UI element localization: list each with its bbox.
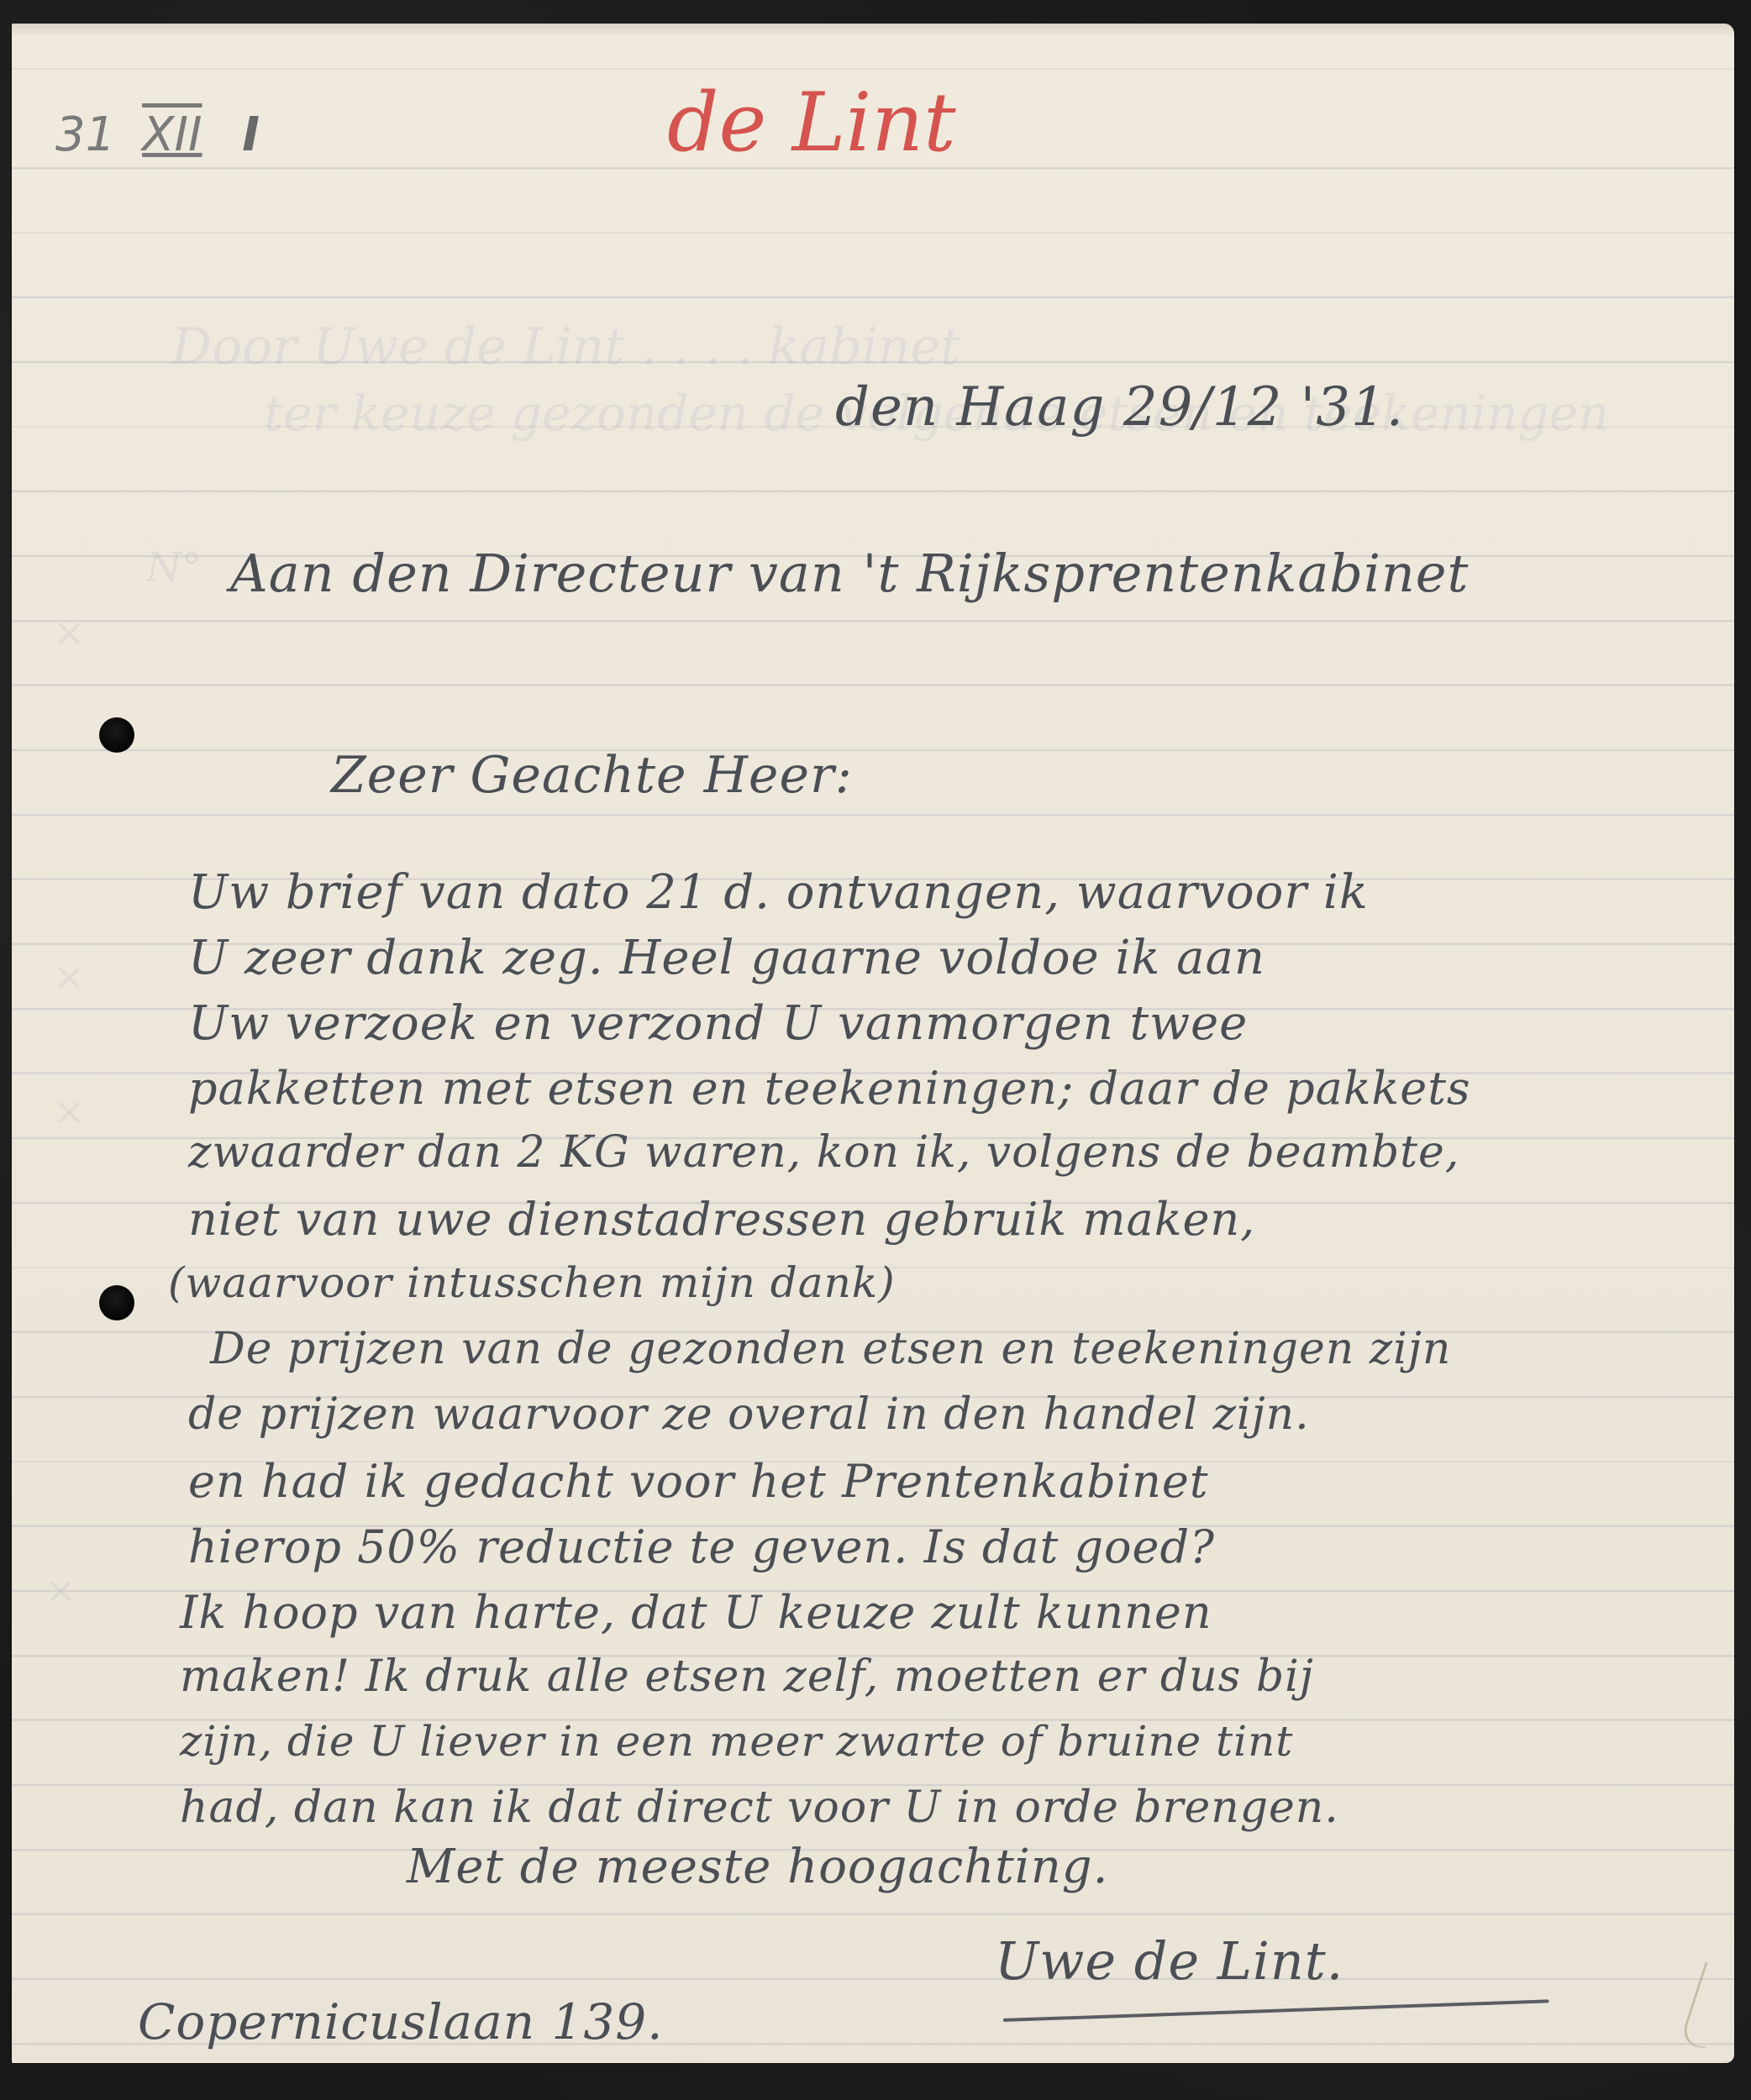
body-line: (waarvoor intusschen mijn dank) <box>168 1258 896 1307</box>
archive-day: 31 <box>55 108 115 162</box>
punch-hole <box>99 717 134 753</box>
body-line: Ik hoop van harte, dat U keuze zult kunn… <box>180 1586 1212 1639</box>
body-line: pakketten met etsen en teekeningen; daar… <box>188 1062 1471 1115</box>
body-line: niet van uwe dienstadressen gebruik make… <box>188 1193 1255 1246</box>
body-line: had, dan kan ik dat direct voor U in ord… <box>180 1782 1339 1833</box>
paper-top-edge <box>12 24 1734 35</box>
salutation: Zeer Geachte Heer: <box>331 746 853 805</box>
body-line: U zeer dank zeg. Heel gaarne voldoe ik a… <box>188 931 1265 985</box>
body-line: Uw verzoek en verzond U vanmorgen twee <box>188 996 1248 1051</box>
signature: Uwe de Lint. <box>995 1930 1343 1992</box>
archive-index: I <box>242 108 260 162</box>
bleed-through-text: × <box>54 956 85 999</box>
sender-address: Copernicuslaan 139. <box>138 1993 664 2050</box>
letter-page: Door Uwe de Lint . . . . kabinet ter keu… <box>12 24 1734 2063</box>
closing: Met de meeste hoogachting. <box>407 1840 1108 1894</box>
body-line: en had ik gedacht voor het Prentenkabine… <box>188 1455 1209 1508</box>
bleed-through-text: × <box>45 1569 76 1612</box>
body-line: zwaarder dan 2 KG waren, kon ik, volgens… <box>188 1127 1459 1178</box>
signature-underline <box>1003 1999 1549 2022</box>
body-line: Uw brief van dato 21 d. ontvangen, waarv… <box>188 865 1369 920</box>
bleed-through-text: Door Uwe de Lint . . . . kabinet <box>171 318 960 376</box>
archive-number: 31 XII I <box>55 108 260 162</box>
body-line: De prijzen van de gezonden etsen en teek… <box>210 1324 1451 1374</box>
body-line: de prijzen waarvoor ze overal in den han… <box>188 1389 1310 1440</box>
paper-corner-curl <box>1677 1962 1733 2048</box>
bleed-through-text: × <box>54 612 85 654</box>
body-line: maken! Ik druk alle etsen zelf, moetten … <box>180 1651 1314 1702</box>
punch-hole <box>99 1285 134 1320</box>
addressee: Aan den Directeur van 't Rijksprentenkab… <box>230 543 1469 604</box>
place-date: den Haag 29/12 '31. <box>835 376 1404 438</box>
bleed-through-text: N° <box>146 544 202 591</box>
body-line: zijn, die U liever in een meer zwarte of… <box>180 1717 1293 1766</box>
bleed-through-text: × <box>54 1090 85 1133</box>
body-line: hierop 50% reductie te geven. Is dat goe… <box>188 1520 1215 1573</box>
archive-month: XII <box>142 108 202 162</box>
red-pencil-name: de Lint <box>667 76 956 170</box>
